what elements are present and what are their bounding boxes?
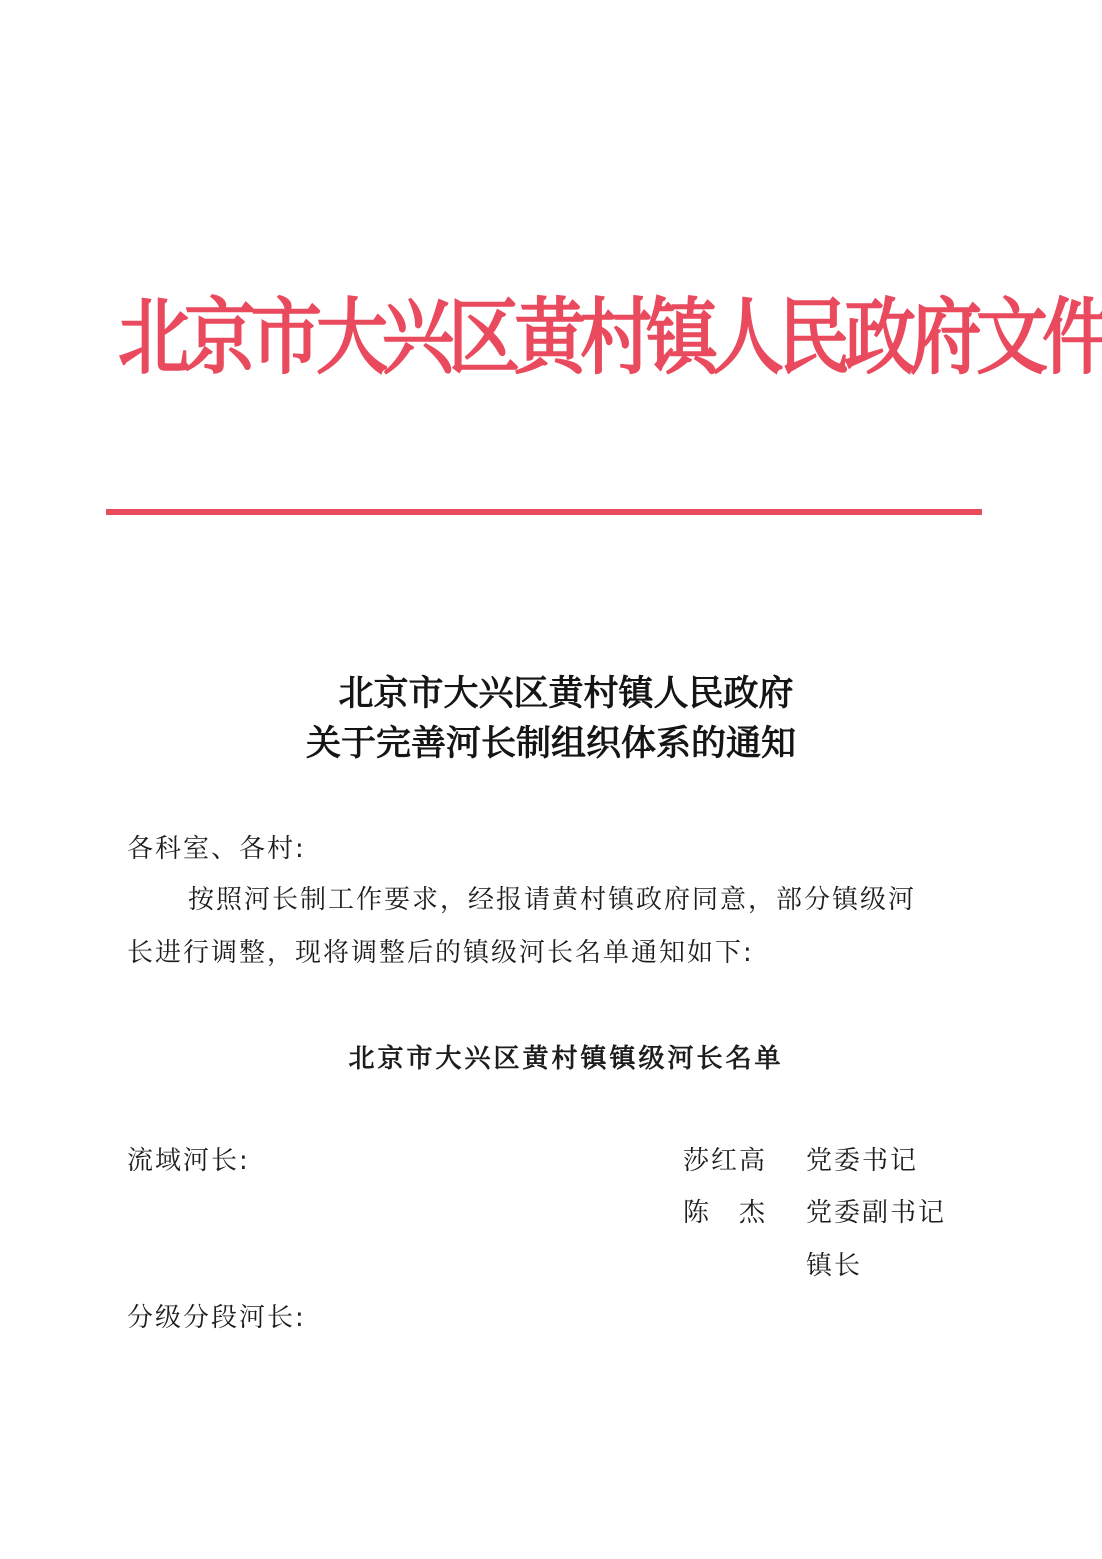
body-paragraph-line1: 按照河长制工作要求，经报请黄村镇政府同意，部分镇级河: [188, 879, 916, 916]
addressee: 各科室、各村:: [127, 828, 306, 865]
section-label-segment-chief: 分级分段河长:: [127, 1297, 306, 1334]
body-paragraph-line2: 长进行调整，现将调整后的镇级河长名单通知如下:: [127, 932, 754, 969]
list-title: 北京市大兴区黄村镇镇级河长名单: [0, 1038, 1102, 1075]
member-name: 莎红高: [683, 1140, 767, 1177]
member-role: 党委副书记: [806, 1192, 946, 1229]
document-title-line1: 北京市大兴区黄村镇人民政府: [0, 666, 1102, 716]
member-role: 党委书记: [806, 1140, 918, 1177]
member-role-line2: 镇长: [806, 1245, 862, 1282]
document-title-line2: 关于完善河长制组织体系的通知: [0, 716, 1102, 766]
red-divider-line: [106, 509, 982, 515]
member-name: 陈 杰: [683, 1192, 767, 1229]
document-header-title: 北京市大兴区黄村镇人民政府文件: [118, 282, 978, 392]
section-label-basin-chief: 流域河长:: [127, 1140, 250, 1177]
